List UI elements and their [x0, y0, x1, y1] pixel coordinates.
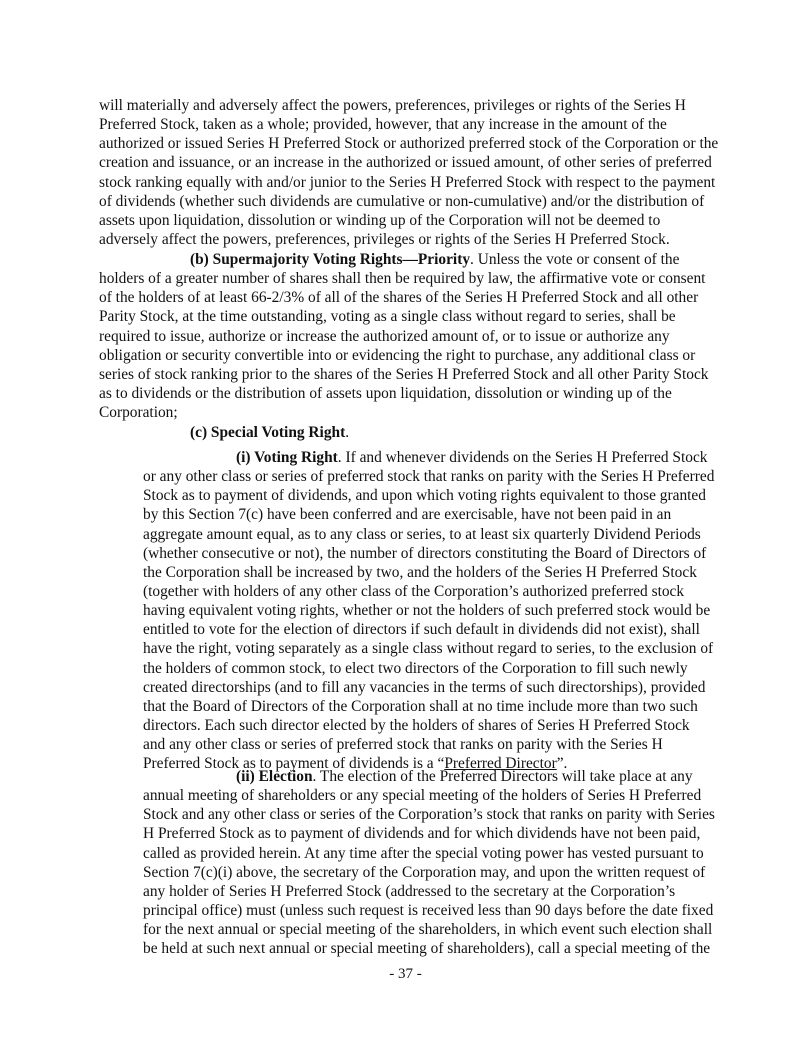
subparagraph-c-i-voting-right: (i) Voting Right. If and whenever divide… — [143, 448, 714, 773]
text-line: entitled to vote for the election of dir… — [143, 620, 714, 639]
text-run: . If and whenever dividends on the Serie… — [338, 449, 708, 466]
text-line: have the right, voting separately as a s… — [143, 639, 714, 658]
text-line: any holder of Series H Preferred Stock (… — [143, 882, 715, 901]
text-line: created directorships (and to fill any v… — [143, 678, 714, 697]
text-line: Stock and any other class or series of t… — [143, 805, 715, 824]
text-run: . The election of the Preferred Director… — [313, 768, 693, 785]
subparagraph-c-ii-election: (ii) Election. The election of the Prefe… — [143, 767, 715, 958]
text-line: (together with holders of any other clas… — [143, 582, 714, 601]
text-line: having equivalent voting rights, whether… — [143, 601, 714, 620]
paragraph-b-heading: (b) Supermajority Voting Rights—Priority — [190, 251, 470, 268]
paragraph-c-special-voting-right: (c) Special Voting Right. — [190, 423, 349, 442]
text-line: assets upon liquidation, dissolution or … — [99, 211, 718, 230]
subparagraph-c-ii-heading: (ii) Election — [236, 768, 313, 785]
text-line: Corporation; — [99, 403, 708, 422]
text-line: Stock as to payment of dividends, and up… — [143, 486, 714, 505]
page-number: - 37 - — [0, 966, 811, 983]
text-line: creation and issuance, or an increase in… — [99, 153, 718, 172]
text-line: annual meeting of shareholders or any sp… — [143, 786, 715, 805]
text-line: Preferred Stock, taken as a whole; provi… — [99, 115, 718, 134]
paragraph-c-heading-line: (c) Special Voting Right. — [190, 423, 349, 442]
text-line: of the holders of at least 66-2/3% of al… — [99, 288, 708, 307]
text-line: stock ranking equally with and/or junior… — [99, 173, 718, 192]
text-line: aggregate amount equal, as to any class … — [143, 525, 714, 544]
text-line: H Preferred Stock as to payment of divid… — [143, 824, 715, 843]
text-line: the holders of common stock, to elect tw… — [143, 659, 714, 678]
text-line: required to issue, authorize or increase… — [99, 327, 708, 346]
text-line: of dividends (whether such dividends are… — [99, 192, 718, 211]
paragraph-c-heading: (c) Special Voting Right — [190, 424, 345, 441]
text-line: that the Board of Directors of the Corpo… — [143, 697, 714, 716]
text-line: adversely affect the powers, preferences… — [99, 230, 718, 249]
text-line: (whether consecutive or not), the number… — [143, 544, 714, 563]
subparagraph-c-ii-first-line: (ii) Election. The election of the Prefe… — [143, 767, 715, 786]
document-page: will materially and adversely affect the… — [0, 0, 811, 1050]
paragraph-b-supermajority-voting-rights: (b) Supermajority Voting Rights—Priority… — [99, 250, 708, 422]
subparagraph-c-i-heading: (i) Voting Right — [236, 449, 338, 466]
subparagraph-c-i-first-line: (i) Voting Right. If and whenever divide… — [143, 448, 714, 467]
paragraph-a-continuation: will materially and adversely affect the… — [99, 96, 718, 249]
text-line: the Corporation shall be increased by tw… — [143, 563, 714, 582]
text-line: directors. Each such director elected by… — [143, 716, 714, 735]
text-line: principal office) must (unless such requ… — [143, 901, 715, 920]
text-line: Section 7(c)(i) above, the secretary of … — [143, 863, 715, 882]
paragraph-b-first-line: (b) Supermajority Voting Rights—Priority… — [99, 250, 708, 269]
text-line: as to dividends or the distribution of a… — [99, 384, 708, 403]
text-line: authorized or issued Series H Preferred … — [99, 134, 718, 153]
text-run: . — [345, 424, 349, 441]
text-line: Parity Stock, at the time outstanding, v… — [99, 307, 708, 326]
text-line: and any other class or series of preferr… — [143, 735, 714, 754]
text-line: obligation or security convertible into … — [99, 346, 708, 365]
text-run: . Unless the vote or consent of the — [470, 251, 679, 268]
text-line: will materially and adversely affect the… — [99, 96, 718, 115]
text-line: called as provided herein. At any time a… — [143, 844, 715, 863]
text-line: for the next annual or special meeting o… — [143, 920, 715, 939]
text-line: series of stock ranking prior to the sha… — [99, 365, 708, 384]
text-line: be held at such next annual or special m… — [143, 939, 715, 958]
text-line: by this Section 7(c) have been conferred… — [143, 505, 714, 524]
text-line: or any other class or series of preferre… — [143, 467, 714, 486]
text-line: holders of a greater number of shares sh… — [99, 269, 708, 288]
